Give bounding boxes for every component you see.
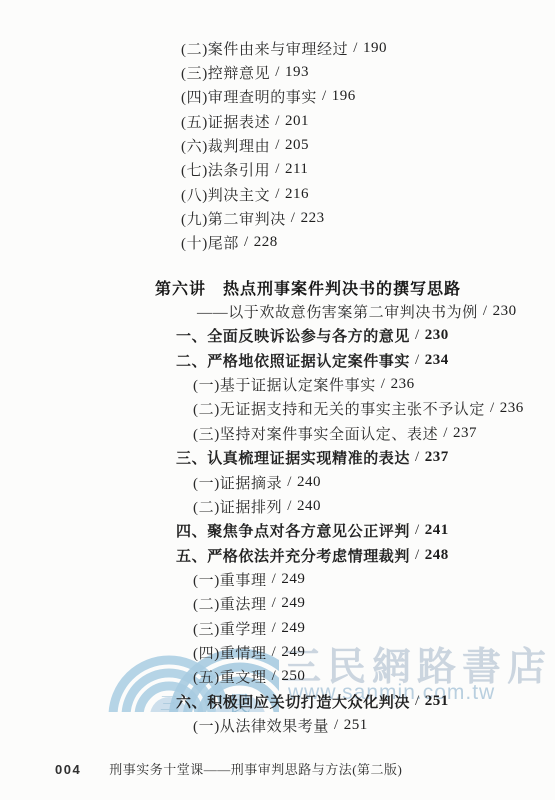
toc-entry-text: (四)重情理 [193, 642, 267, 663]
toc-entry-text: (四)审理查明的事实 [181, 86, 317, 107]
toc-entry: (七)法条引用/211 [181, 158, 555, 182]
toc-entry: 二、严格地依照证据认定案件事实/234 [176, 348, 555, 372]
toc-entry-text: 三、认真梳理证据实现精准的表达 [176, 447, 410, 468]
toc-page-number: 230 [425, 327, 449, 344]
toc-entry: (二)重法理/249 [193, 592, 555, 616]
toc-entry-text: 五、严格依法并充分考虑情理裁判 [176, 545, 410, 566]
toc-separator: / [244, 234, 249, 251]
toc-entry-text: ——以于欢故意伤害案第二审判决书为例 [197, 301, 478, 322]
toc-page-number: 251 [344, 717, 368, 734]
toc-separator: / [275, 64, 280, 81]
book-page: 三 民 三民網路書店 www.sanmin.com.tw (二)案件由来与审理经… [0, 0, 555, 800]
toc-entry: (三)坚持对案件事实全面认定、表述/237 [193, 421, 555, 445]
toc-entry: 三、认真梳理证据实现精准的表达/237 [176, 446, 555, 470]
toc-page-number: 193 [285, 64, 309, 81]
toc-entry-text: (十)尾部 [181, 232, 239, 253]
toc-page-number: 248 [425, 547, 449, 564]
toc-page-number: 201 [285, 113, 309, 130]
toc-page-number: 237 [425, 449, 449, 466]
toc-entry-text: (八)判决主文 [181, 184, 270, 205]
toc-entry-text: (五)重文理 [193, 666, 267, 687]
toc-separator: / [334, 717, 339, 734]
toc-page-number: 240 [297, 474, 321, 491]
toc-entry-text: (七)法条引用 [181, 159, 270, 180]
toc-entry: (六)裁判理由/205 [181, 133, 555, 157]
toc-entry-text: (五)证据表述 [181, 111, 270, 132]
toc-separator: / [272, 668, 277, 685]
toc-entry-text: (二)案件由来与审理经过 [181, 38, 348, 59]
toc-entry-text: 四、聚焦争点对各方意见公正评判 [176, 520, 410, 541]
toc-separator: / [443, 425, 448, 442]
toc-entry: 一、全面反映诉讼参与各方的意见/230 [176, 324, 555, 348]
toc-entry: (八)判决主文/216 [181, 182, 555, 206]
toc-entry-text: (一)从法律效果考量 [193, 715, 329, 736]
toc-entry: (三)重学理/249 [193, 616, 555, 640]
table-of-contents: (二)案件由来与审理经过/190(三)控辩意见/193(四)审理查明的事实/19… [0, 36, 555, 738]
toc-separator: / [275, 113, 280, 130]
toc-page-number: 249 [281, 620, 305, 637]
toc-entry: (四)审理查明的事实/196 [181, 85, 555, 109]
toc-separator: / [415, 522, 420, 539]
toc-separator: / [415, 327, 420, 344]
toc-entry-text: (三)控辩意见 [181, 62, 270, 83]
toc-entry: (十)尾部/228 [181, 231, 555, 255]
toc-entry-text: 一、全面反映诉讼参与各方的意见 [176, 325, 410, 346]
toc-entry: (三)控辩意见/193 [181, 60, 555, 84]
toc-entry: (二)无证据支持和无关的事实主张不予认定/236 [193, 397, 555, 421]
toc-entry: (五)证据表述/201 [181, 109, 555, 133]
toc-separator: / [483, 303, 488, 320]
toc-entry-text: (六)裁判理由 [181, 135, 270, 156]
toc-entry: (二)证据排列/240 [193, 494, 555, 518]
toc-entry: (一)从法律效果考量/251 [193, 713, 555, 737]
toc-page-number: 228 [254, 234, 278, 251]
toc-page-number: 249 [281, 595, 305, 612]
toc-separator: / [287, 498, 292, 515]
toc-entry: (一)证据摘录/240 [193, 470, 555, 494]
toc-entry-text: 二、严格地依照证据认定案件事实 [176, 350, 410, 371]
toc-separator: / [415, 352, 420, 369]
toc-separator: / [287, 474, 292, 491]
toc-entry: (一)基于证据认定案件事实/236 [193, 372, 555, 396]
chapter-heading: 第六讲 热点刑事案件判决书的撰写思路 [155, 275, 555, 299]
toc-separator: / [353, 40, 358, 57]
toc-page-number: 230 [493, 303, 517, 320]
toc-separator: / [272, 571, 277, 588]
toc-page-number: 240 [297, 498, 321, 515]
toc-separator: / [272, 644, 277, 661]
toc-page-number: 249 [281, 571, 305, 588]
toc-entry-text: (一)重事理 [193, 569, 267, 590]
toc-entry: (二)案件由来与审理经过/190 [181, 36, 555, 60]
toc-entry-text: (二)重法理 [193, 593, 267, 614]
toc-entry-text: (一)基于证据认定案件事实 [193, 374, 376, 395]
toc-separator: / [415, 693, 420, 710]
toc-separator: / [275, 186, 280, 203]
toc-entry: 四、聚焦争点对各方意见公正评判/241 [176, 519, 555, 543]
toc-entry-text: (二)证据排列 [193, 496, 282, 517]
toc-entry: (九)第二审判决/223 [181, 206, 555, 230]
toc-separator: / [272, 595, 277, 612]
toc-separator: / [415, 449, 420, 466]
toc-entry-text: 第六讲 热点刑事案件判决书的撰写思路 [155, 276, 461, 299]
toc-page-number: 190 [363, 40, 387, 57]
toc-separator: / [381, 376, 386, 393]
toc-entry-text: (三)坚持对案件事实全面认定、表述 [193, 423, 438, 444]
toc-page-number: 249 [281, 644, 305, 661]
toc-entry-text: 六、积极回应关切打造大众化判决 [176, 691, 410, 712]
toc-separator: / [322, 88, 327, 105]
toc-page-number: 251 [425, 693, 449, 710]
folio-page-number: 004 [55, 762, 81, 777]
toc-entry-text: (一)证据摘录 [193, 472, 282, 493]
toc-page-number: 216 [285, 186, 309, 203]
toc-entry: 六、积极回应关切打造大众化判决/251 [176, 689, 555, 713]
toc-page-number: 205 [285, 137, 309, 154]
toc-page-number: 236 [500, 400, 524, 417]
page-footer: 004 刑事实务十堂课——刑事审判思路与方法(第二版) [55, 759, 402, 778]
toc-entry: (一)重事理/249 [193, 567, 555, 591]
toc-entry: 五、严格依法并充分考虑情理裁判/248 [176, 543, 555, 567]
toc-page-number: 250 [281, 668, 305, 685]
toc-page-number: 223 [301, 210, 325, 227]
toc-page-number: 237 [453, 425, 477, 442]
toc-page-number: 234 [425, 352, 449, 369]
toc-separator: / [490, 400, 495, 417]
running-book-title: 刑事实务十堂课——刑事审判思路与方法(第二版) [109, 759, 402, 778]
toc-separator: / [272, 620, 277, 637]
toc-separator: / [415, 547, 420, 564]
toc-entry: (五)重文理/250 [193, 665, 555, 689]
toc-page-number: 211 [285, 161, 308, 178]
toc-entry: (四)重情理/249 [193, 640, 555, 664]
toc-entry-text: (三)重学理 [193, 618, 267, 639]
toc-separator: / [291, 210, 296, 227]
toc-entry: ——以于欢故意伤害案第二审判决书为例/230 [197, 299, 555, 323]
toc-page-number: 241 [425, 522, 449, 539]
toc-page-number: 196 [332, 88, 356, 105]
toc-separator: / [275, 161, 280, 178]
toc-separator: / [275, 137, 280, 154]
toc-entry-text: (九)第二审判决 [181, 208, 286, 229]
toc-entry-text: (二)无证据支持和无关的事实主张不予认定 [193, 398, 485, 419]
toc-page-number: 236 [391, 376, 415, 393]
